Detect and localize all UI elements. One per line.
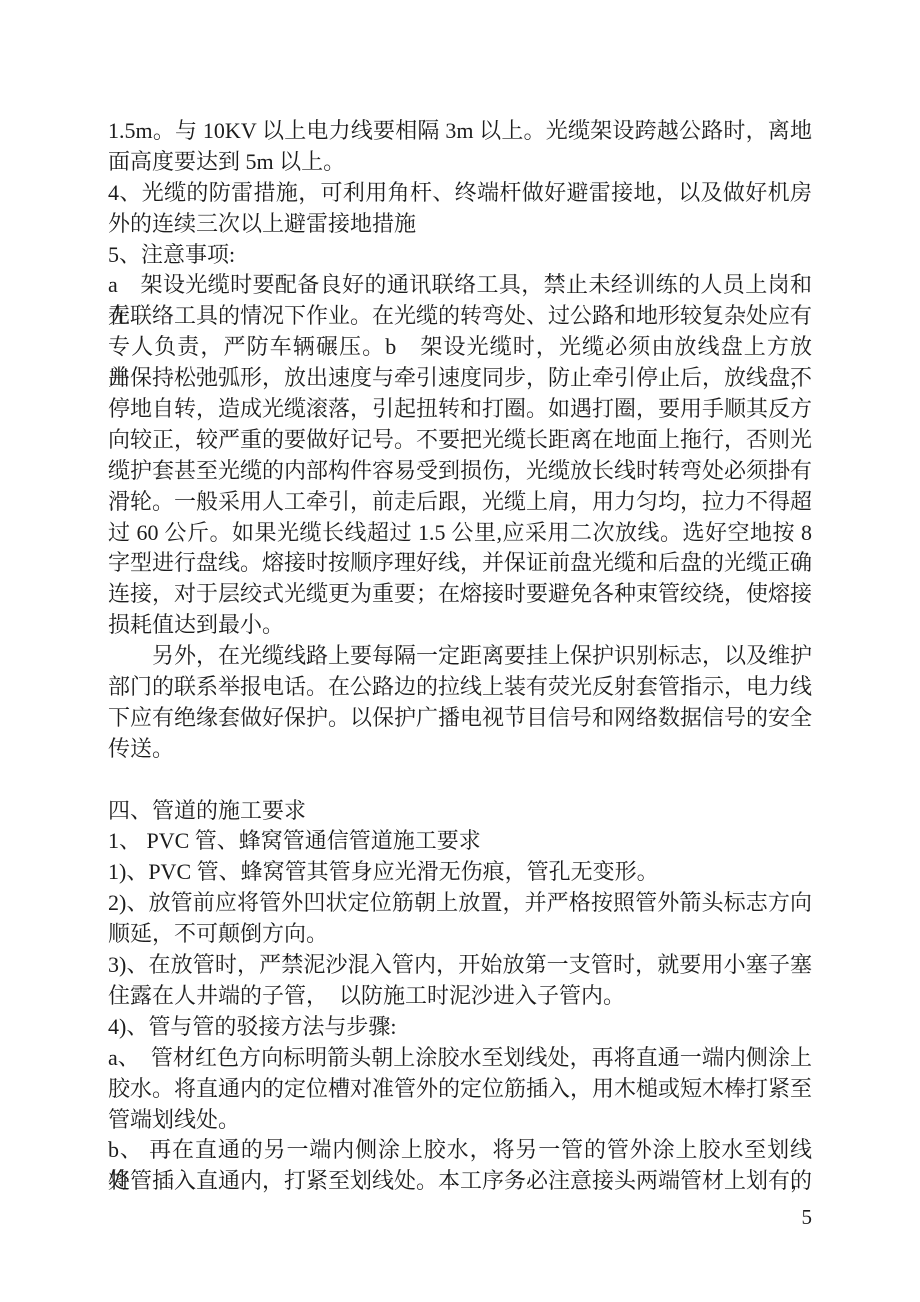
text-line: 1)、PVC 管、蜂窝管其管身应光滑无伤痕，管孔无变形。 bbox=[108, 857, 812, 888]
text-line: 传送。 bbox=[108, 734, 812, 765]
document-page: 1.5m。与 10KV 以上电力线要相隔 3m 以上。光缆架设跨越公路时，离地面… bbox=[0, 0, 920, 1302]
text-line: 缆护套甚至光缆的内部构件容易受到损伤，光缆放长线时转弯处必须掛有 bbox=[108, 456, 812, 487]
text-line: 胶水。将直通内的定位槽对准管外的定位筋插入，用木槌或短木棒打紧至 bbox=[108, 1074, 812, 1105]
text-line: 并保持松弛弧形，放出速度与牵引速度同步，防止牵引停止后，放线盘不 bbox=[108, 363, 812, 394]
text-line: 2)、放管前应将管外凹状定位筋朝上放置，并严格按照管外箭头标志方向 bbox=[108, 888, 812, 919]
text-line: 向较正，较严重的要做好记号。不要把光缆长距离在地面上拖行，否则光 bbox=[108, 425, 812, 456]
text-line: 外的连续三次以上避雷接地措施 bbox=[108, 209, 812, 240]
text-line: 另外，在光缆线路上要每隔一定距离要挂上保护识别标志，以及维护 bbox=[108, 641, 812, 672]
text-line: 损耗值达到最小。 bbox=[108, 610, 812, 641]
text-line: 将管插入直通内，打紧至划线处。本工序务必注意接头两端管材上划有的 bbox=[108, 1166, 812, 1197]
page-number: 5 bbox=[108, 1203, 812, 1231]
text-line: 管端划线处。 bbox=[108, 1105, 812, 1136]
text-line: 5、注意事项: bbox=[108, 240, 812, 271]
text-line: 3)、在放管时，严禁泥沙混入管内，开始放第一支管时，就要用小塞子塞 bbox=[108, 950, 812, 981]
text-line: 部门的联系举报电话。在公路边的拉线上装有荧光反射套管指示，电力线 bbox=[108, 672, 812, 703]
text-line: 1.5m。与 10KV 以上电力线要相隔 3m 以上。光缆架设跨越公路时，离地 bbox=[108, 116, 812, 147]
text-line: 四、管道的施工要求 bbox=[108, 796, 812, 827]
text-line: 滑轮。一般采用人工牵引，前走后跟，光缆上肩，用力匀均，拉力不得超 bbox=[108, 487, 812, 518]
text-line: 1、 PVC 管、蜂窝管通信管道施工要求 bbox=[108, 826, 812, 857]
text-line: 下应有绝缘套做好保护。以保护广播电视节目信号和网络数据信号的安全 bbox=[108, 703, 812, 734]
text-line: 专人负责，严防车辆碾压。b 架设光缆时，光缆必须由放线盘上方放出， bbox=[108, 332, 812, 363]
text-line: a 架设光缆时要配备良好的通讯联络工具，禁止未经训练的人员上岗和在 bbox=[108, 270, 812, 301]
text-line: 字型进行盘线。熔接时按顺序理好线，并保证前盘光缆和后盘的光缆正确 bbox=[108, 548, 812, 579]
text-line: 4、光缆的防雷措施，可利用角杆、终端杆做好避雷接地，以及做好机房 bbox=[108, 178, 812, 209]
text-line: a、 管材红色方向标明箭头朝上涂胶水至划线处，再将直通一端内侧涂上 bbox=[108, 1043, 812, 1074]
text-block: 1.5m。与 10KV 以上电力线要相隔 3m 以上。光缆架设跨越公路时，离地面… bbox=[108, 116, 812, 1197]
text-line: 过 60 公斤。如果光缆长线超过 1.5 公里,应采用二次放线。选好空地按 8 bbox=[108, 518, 812, 549]
text-line: 住露在人井端的子管， 以防施工时泥沙进入子管内。 bbox=[108, 981, 812, 1012]
text-line: b、 再在直通的另一端内侧涂上胶水，将另一管的管外涂上胶水至划线处， bbox=[108, 1135, 812, 1166]
text-line: 面高度要达到 5m 以上。 bbox=[108, 147, 812, 178]
text-line: 停地自转，造成光缆滚落，引起扭转和打圈。如遇打圈，要用手顺其反方 bbox=[108, 394, 812, 425]
text-line: 4)、管与管的驳接方法与步骤: bbox=[108, 1012, 812, 1043]
text-line: 顺延，不可颠倒方向。 bbox=[108, 919, 812, 950]
text-line bbox=[108, 765, 812, 796]
text-line: 无联络工具的情况下作业。在光缆的转弯处、过公路和地形较复杂处应有 bbox=[108, 301, 812, 332]
text-line: 连接，对于层绞式光缆更为重要；在熔接时要避免各种束管绞绕，使熔接 bbox=[108, 579, 812, 610]
